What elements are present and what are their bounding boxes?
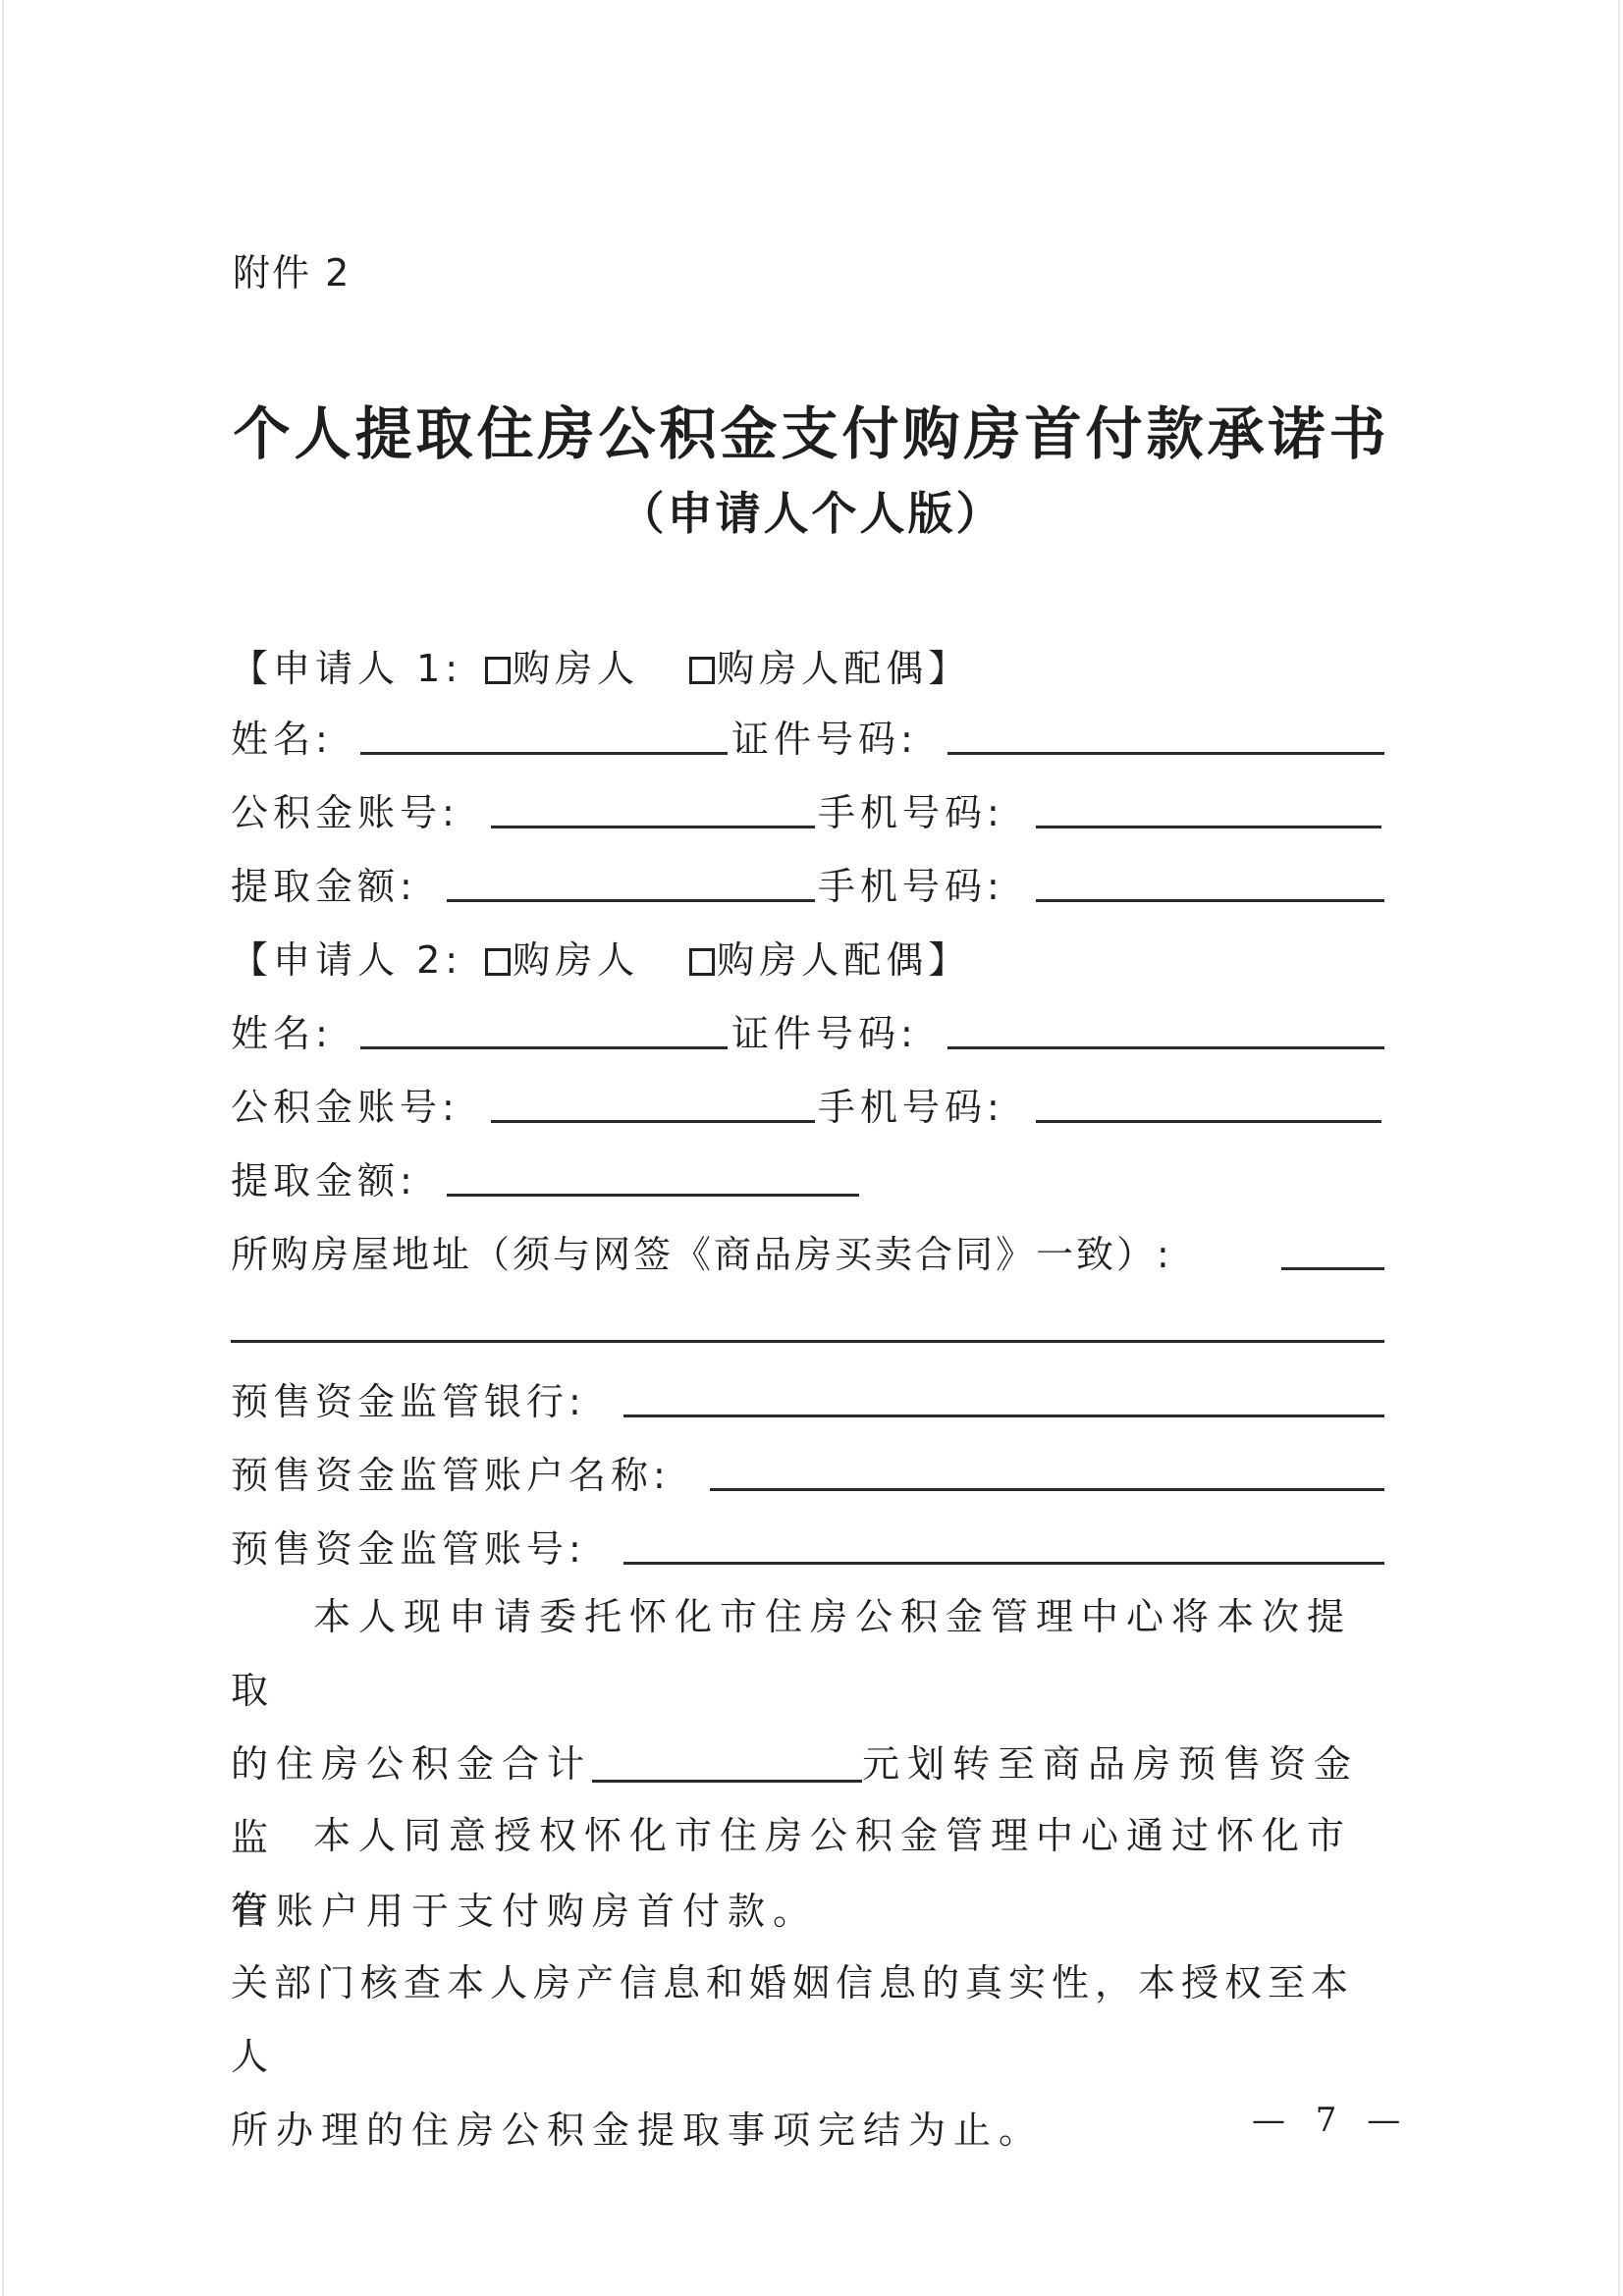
applicant2-account-field[interactable] bbox=[491, 1120, 815, 1123]
applicant2-phone-label: 手机号码: bbox=[818, 1077, 1004, 1131]
applicant1-spouse-option: 购房人配偶 bbox=[717, 647, 928, 690]
supervision-account-no-row: 预售资金监管账号: bbox=[231, 1519, 1384, 1574]
supervision-account-name-label: 预售资金监管账户名称: bbox=[231, 1445, 671, 1499]
applicant1-phone-label: 手机号码: bbox=[818, 782, 1004, 836]
property-address-row: 所购房屋地址（须与网签《商品房买卖合同》一致）: bbox=[231, 1224, 1384, 1279]
applicant1-buyer-checkbox[interactable] bbox=[485, 657, 511, 684]
applicant1-amount-label: 提取金额: bbox=[231, 856, 417, 910]
supervision-bank-field[interactable] bbox=[623, 1415, 1384, 1417]
applicant1-header-suffix: 】 bbox=[928, 647, 970, 690]
applicant1-phone-field[interactable] bbox=[1036, 826, 1381, 828]
applicant1-id-label: 证件号码: bbox=[731, 709, 918, 763]
applicant1-phone2-field[interactable] bbox=[1036, 899, 1384, 902]
supervision-bank-label: 预售资金监管银行: bbox=[231, 1371, 586, 1425]
page-edge bbox=[2, 0, 4, 2296]
attachment-label: 附件 2 bbox=[233, 242, 351, 296]
applicant2-buyer-checkbox[interactable] bbox=[485, 948, 511, 976]
statement-auth-line2: 关部门核查本人房产信息和婚姻信息的真实性，本授权至本人 bbox=[231, 1961, 1354, 2078]
applicant2-name-label: 姓名: bbox=[231, 1003, 333, 1057]
applicant1-account-field[interactable] bbox=[491, 826, 815, 828]
statement-auth-line3: 所办理的住房公积金提取事项完结为止。 bbox=[231, 2109, 1044, 2152]
supervision-bank-row: 预售资金监管银行: bbox=[231, 1371, 1384, 1426]
applicant2-header-prefix: 【申请人 2: bbox=[231, 938, 462, 982]
document-title: 个人提取住房公积金支付购房首付款承诺书 bbox=[0, 388, 1623, 470]
applicant2-name-row: 姓名: 证件号码: bbox=[231, 1003, 1384, 1058]
applicant1-name-label: 姓名: bbox=[231, 709, 333, 763]
property-address-field-line2[interactable] bbox=[231, 1340, 1384, 1343]
applicant2-id-field[interactable] bbox=[947, 1046, 1384, 1049]
applicant1-phone2-label: 手机号码: bbox=[818, 856, 1004, 910]
supervision-account-name-field[interactable] bbox=[710, 1488, 1384, 1491]
document-subtitle: （申请人个人版） bbox=[0, 478, 1623, 543]
applicant1-amount-row: 提取金额: 手机号码: bbox=[231, 856, 1384, 911]
applicant1-amount-field[interactable] bbox=[447, 899, 815, 902]
applicant2-amount-field[interactable] bbox=[447, 1194, 859, 1197]
applicant2-name-field[interactable] bbox=[360, 1046, 728, 1049]
applicant1-header: 【申请人 1: 购房人 购房人配偶】 bbox=[231, 638, 1384, 693]
applicant2-account-label: 公积金账号: bbox=[231, 1077, 460, 1131]
applicant2-header-suffix: 】 bbox=[928, 938, 970, 982]
statement-auth-line1: 本人同意授权怀化市住房公积金管理中心通过怀化市有 bbox=[231, 1814, 1352, 1931]
statement-transfer-text: 的住房公积金合计 bbox=[231, 1742, 592, 1786]
applicant1-spouse-checkbox[interactable] bbox=[689, 657, 715, 684]
property-address-field[interactable] bbox=[1281, 1267, 1384, 1270]
page-edge bbox=[1618, 0, 1620, 2296]
applicant1-account-label: 公积金账号: bbox=[231, 782, 460, 836]
statement-authorization: 本人同意授权怀化市住房公积金管理中心通过怀化市有 关部门核查本人房产信息和婚姻信… bbox=[231, 1799, 1384, 2167]
supervision-account-no-field[interactable] bbox=[623, 1562, 1384, 1565]
applicant2-amount-label: 提取金额: bbox=[231, 1150, 417, 1204]
applicant2-header: 【申请人 2: 购房人 购房人配偶】 bbox=[231, 930, 1384, 985]
applicant1-id-field[interactable] bbox=[947, 752, 1384, 755]
applicant1-name-field[interactable] bbox=[360, 752, 728, 755]
applicant1-account-row: 公积金账号: 手机号码: bbox=[231, 782, 1384, 837]
page-number: — 7 — bbox=[1252, 2101, 1410, 2140]
applicant1-buyer-option: 购房人 bbox=[513, 647, 639, 690]
applicant2-buyer-option: 购房人 bbox=[513, 938, 639, 982]
applicant2-amount-row: 提取金额: bbox=[231, 1150, 1384, 1205]
applicant2-spouse-checkbox[interactable] bbox=[689, 948, 715, 976]
supervision-account-no-label: 预售资金监管账号: bbox=[231, 1519, 586, 1573]
property-address-label: 所购房屋地址（须与网签《商品房买卖合同》一致）: bbox=[231, 1224, 1172, 1278]
applicant2-phone-field[interactable] bbox=[1036, 1120, 1381, 1123]
applicant2-spouse-option: 购房人配偶 bbox=[717, 938, 928, 982]
statement-transfer-line1: 本人现申请委托怀化市住房公积金管理中心将本次提取 bbox=[231, 1595, 1352, 1712]
applicant1-header-prefix: 【申请人 1: bbox=[231, 647, 462, 690]
applicant1-name-row: 姓名: 证件号码: bbox=[231, 709, 1384, 764]
applicant2-account-row: 公积金账号: 手机号码: bbox=[231, 1077, 1384, 1132]
supervision-account-name-row: 预售资金监管账户名称: bbox=[231, 1445, 1384, 1500]
applicant2-id-label: 证件号码: bbox=[731, 1003, 918, 1057]
transfer-amount-field[interactable] bbox=[592, 1744, 862, 1783]
